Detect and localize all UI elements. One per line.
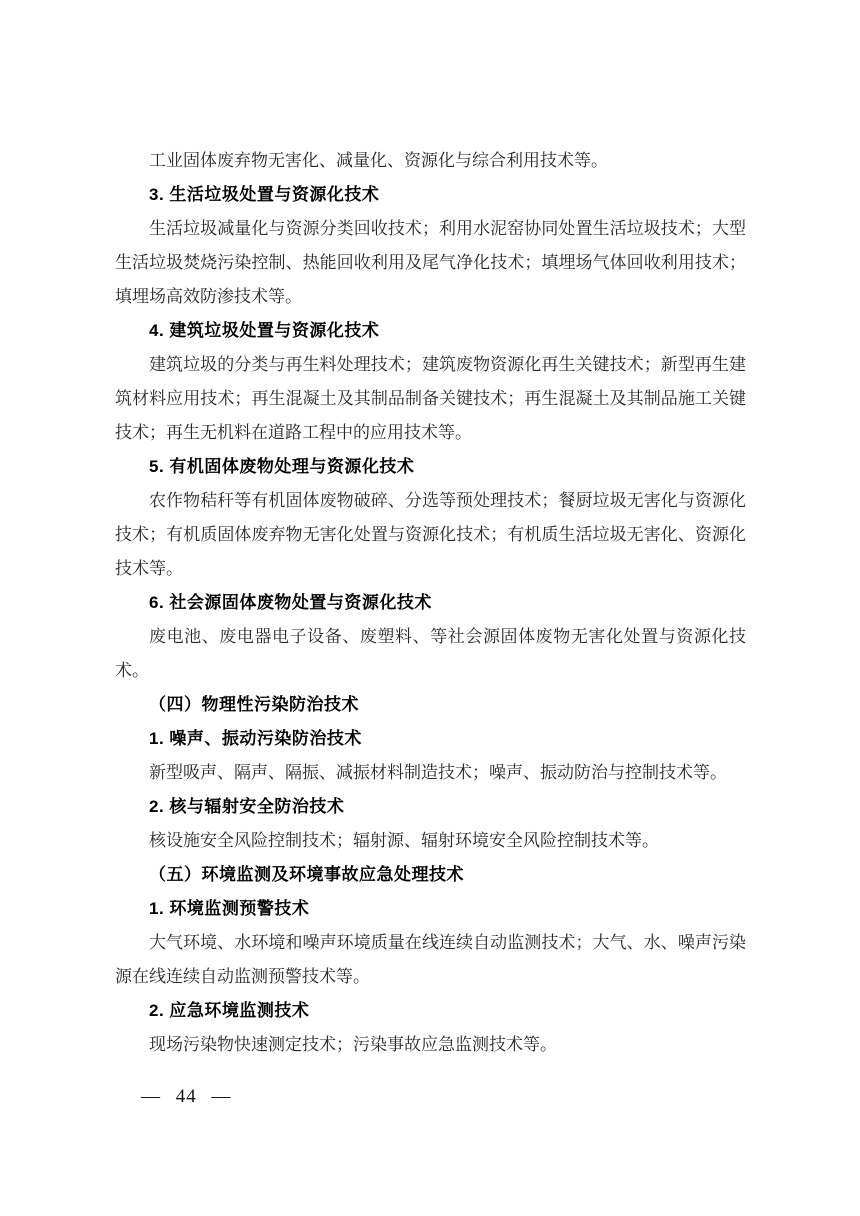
document-page: 工业固体废弃物无害化、减量化、资源化与综合利用技术等。3. 生活垃圾处置与资源化… bbox=[0, 0, 860, 1216]
body-paragraph: 农作物秸秆等有机固体废物破碎、分选等预处理技术；餐厨垃圾无害化与资源化技术；有机… bbox=[115, 484, 746, 586]
body-paragraph: 新型吸声、隔声、隔振、减振材料制造技术；噪声、振动防治与控制技术等。 bbox=[115, 756, 746, 790]
section-heading: 2. 应急环境监测技术 bbox=[115, 994, 746, 1028]
body-paragraph: 现场污染物快速测定技术；污染事故应急监测技术等。 bbox=[115, 1028, 746, 1062]
section-heading: 4. 建筑垃圾处置与资源化技术 bbox=[115, 314, 746, 348]
body-paragraph: 工业固体废弃物无害化、减量化、资源化与综合利用技术等。 bbox=[115, 144, 746, 178]
body-paragraph: 建筑垃圾的分类与再生料处理技术；建筑废物资源化再生关键技术；新型再生建筑材料应用… bbox=[115, 348, 746, 450]
section-heading: 2. 核与辐射安全防治技术 bbox=[115, 790, 746, 824]
section-heading: 1. 噪声、振动污染防治技术 bbox=[115, 722, 746, 756]
section-heading: 1. 环境监测预警技术 bbox=[115, 892, 746, 926]
document-body: 工业固体废弃物无害化、减量化、资源化与综合利用技术等。3. 生活垃圾处置与资源化… bbox=[115, 144, 746, 1062]
section-heading: （五）环境监测及环境事故应急处理技术 bbox=[115, 858, 746, 892]
page-number: — 44 — bbox=[141, 1084, 232, 1110]
section-heading: 5. 有机固体废物处理与资源化技术 bbox=[115, 450, 746, 484]
body-paragraph: 废电池、废电器电子设备、废塑料、等社会源固体废物无害化处置与资源化技术。 bbox=[115, 620, 746, 688]
body-paragraph: 大气环境、水环境和噪声环境质量在线连续自动监测技术；大气、水、噪声污染源在线连续… bbox=[115, 926, 746, 994]
section-heading: 3. 生活垃圾处置与资源化技术 bbox=[115, 178, 746, 212]
body-paragraph: 生活垃圾减量化与资源分类回收技术；利用水泥窑协同处置生活垃圾技术；大型生活垃圾焚… bbox=[115, 212, 746, 314]
section-heading: （四）物理性污染防治技术 bbox=[115, 688, 746, 722]
body-paragraph: 核设施安全风险控制技术；辐射源、辐射环境安全风险控制技术等。 bbox=[115, 824, 746, 858]
section-heading: 6. 社会源固体废物处置与资源化技术 bbox=[115, 586, 746, 620]
